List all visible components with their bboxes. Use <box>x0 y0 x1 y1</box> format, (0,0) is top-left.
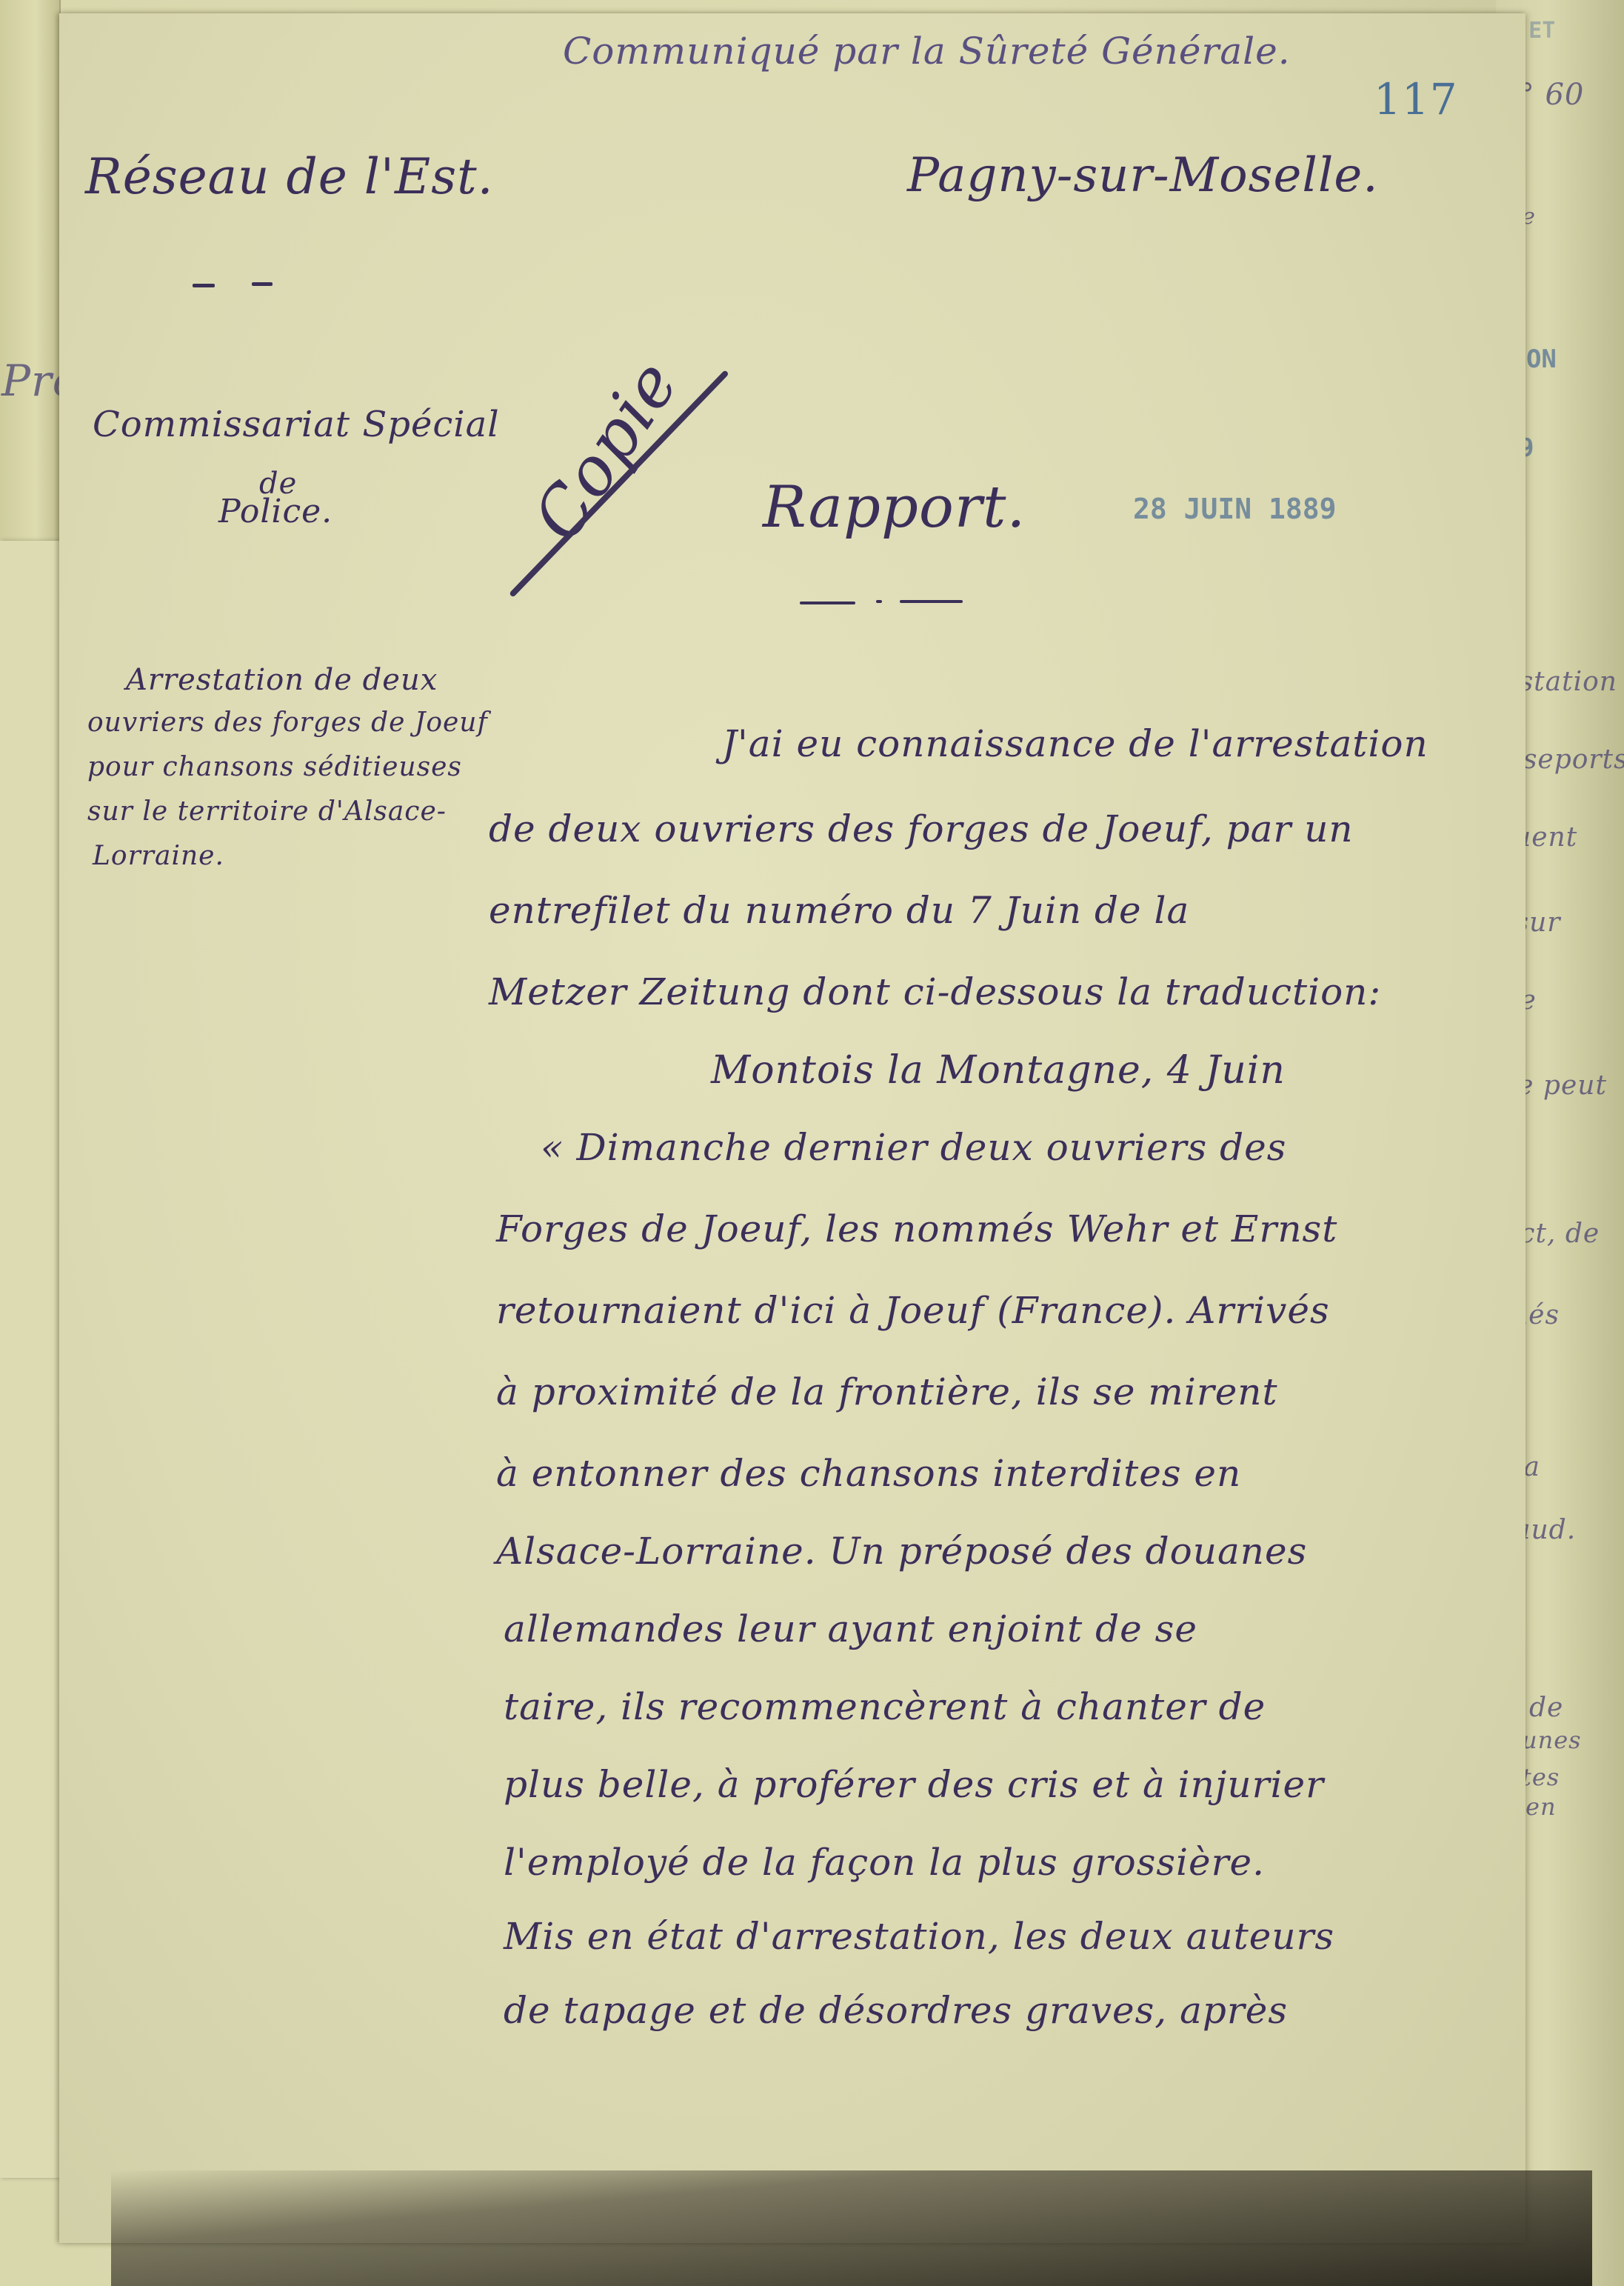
body-line: Alsace-Lorraine. Un préposé des douanes <box>496 1530 1307 1573</box>
body-line: J'ai eu connaissance de l'arrestation <box>722 722 1428 765</box>
folio-number: 117 <box>1374 74 1458 124</box>
summary-line: Arrestation de deux <box>126 663 438 697</box>
body-line: Montois la Montagne, 4 Juin <box>711 1048 1286 1093</box>
body-line: Metzer Zeitung dont ci-dessous la traduc… <box>489 970 1381 1013</box>
page-bottom-shadow <box>111 2170 1592 2286</box>
fragment: en <box>1526 1793 1557 1821</box>
office-line-1: Commissariat Spécial <box>93 404 500 445</box>
summary-line: sur le territoire d'Alsace- <box>87 796 447 827</box>
separator-dash <box>252 282 273 286</box>
summary-line: Lorraine. <box>93 841 224 871</box>
office-line-3: Police. <box>218 493 333 530</box>
report-title: Rapport. <box>763 474 1026 541</box>
place-heading: Pagny-sur-Moselle. <box>907 148 1379 203</box>
fragment: de <box>1529 1693 1563 1723</box>
separator-dash <box>193 284 215 287</box>
header-note: Communiqué par la Sûreté Générale. <box>563 30 1291 73</box>
body-line: entrefilet du numéro du 7 Juin de la <box>489 889 1189 932</box>
body-line: allemandes leur ayant enjoint de se <box>504 1607 1197 1650</box>
summary-line: pour chansons séditieuses <box>87 752 462 782</box>
body-line: de deux ouvriers des forges de Joeuf, pa… <box>489 807 1354 850</box>
body-line: retournaient d'ici à Joeuf (France). Arr… <box>496 1289 1330 1332</box>
body-line: Forges de Joeuf, les nommés Wehr et Erns… <box>496 1207 1337 1250</box>
title-rule-left <box>800 602 855 604</box>
body-line: de tapage et de désordres graves, après <box>504 1989 1288 2032</box>
body-line: plus belle, à proférer des cris et à inj… <box>504 1763 1324 1806</box>
title-rule-right <box>900 600 963 603</box>
fragment: tes <box>1522 1763 1560 1791</box>
title-rule-dot <box>876 600 882 603</box>
network-heading: Réseau de l'Est. <box>85 148 494 205</box>
date-stamp: 28 JUIN 1889 <box>1133 493 1337 525</box>
body-line: à entonner des chansons interdites en <box>496 1452 1241 1495</box>
fragment: unes <box>1522 1726 1582 1754</box>
body-line: taire, ils recommencèrent à chanter de <box>504 1685 1266 1728</box>
body-line: l'employé de la façon la plus grossière. <box>504 1841 1265 1884</box>
body-line: à proximité de la frontière, ils se mire… <box>496 1370 1278 1413</box>
summary-line: ouvriers des forges de Joeuf <box>87 707 488 738</box>
body-line: Mis en état d'arrestation, les deux aute… <box>504 1915 1334 1958</box>
body-line: « Dimanche dernier deux ouvriers des <box>541 1126 1286 1169</box>
